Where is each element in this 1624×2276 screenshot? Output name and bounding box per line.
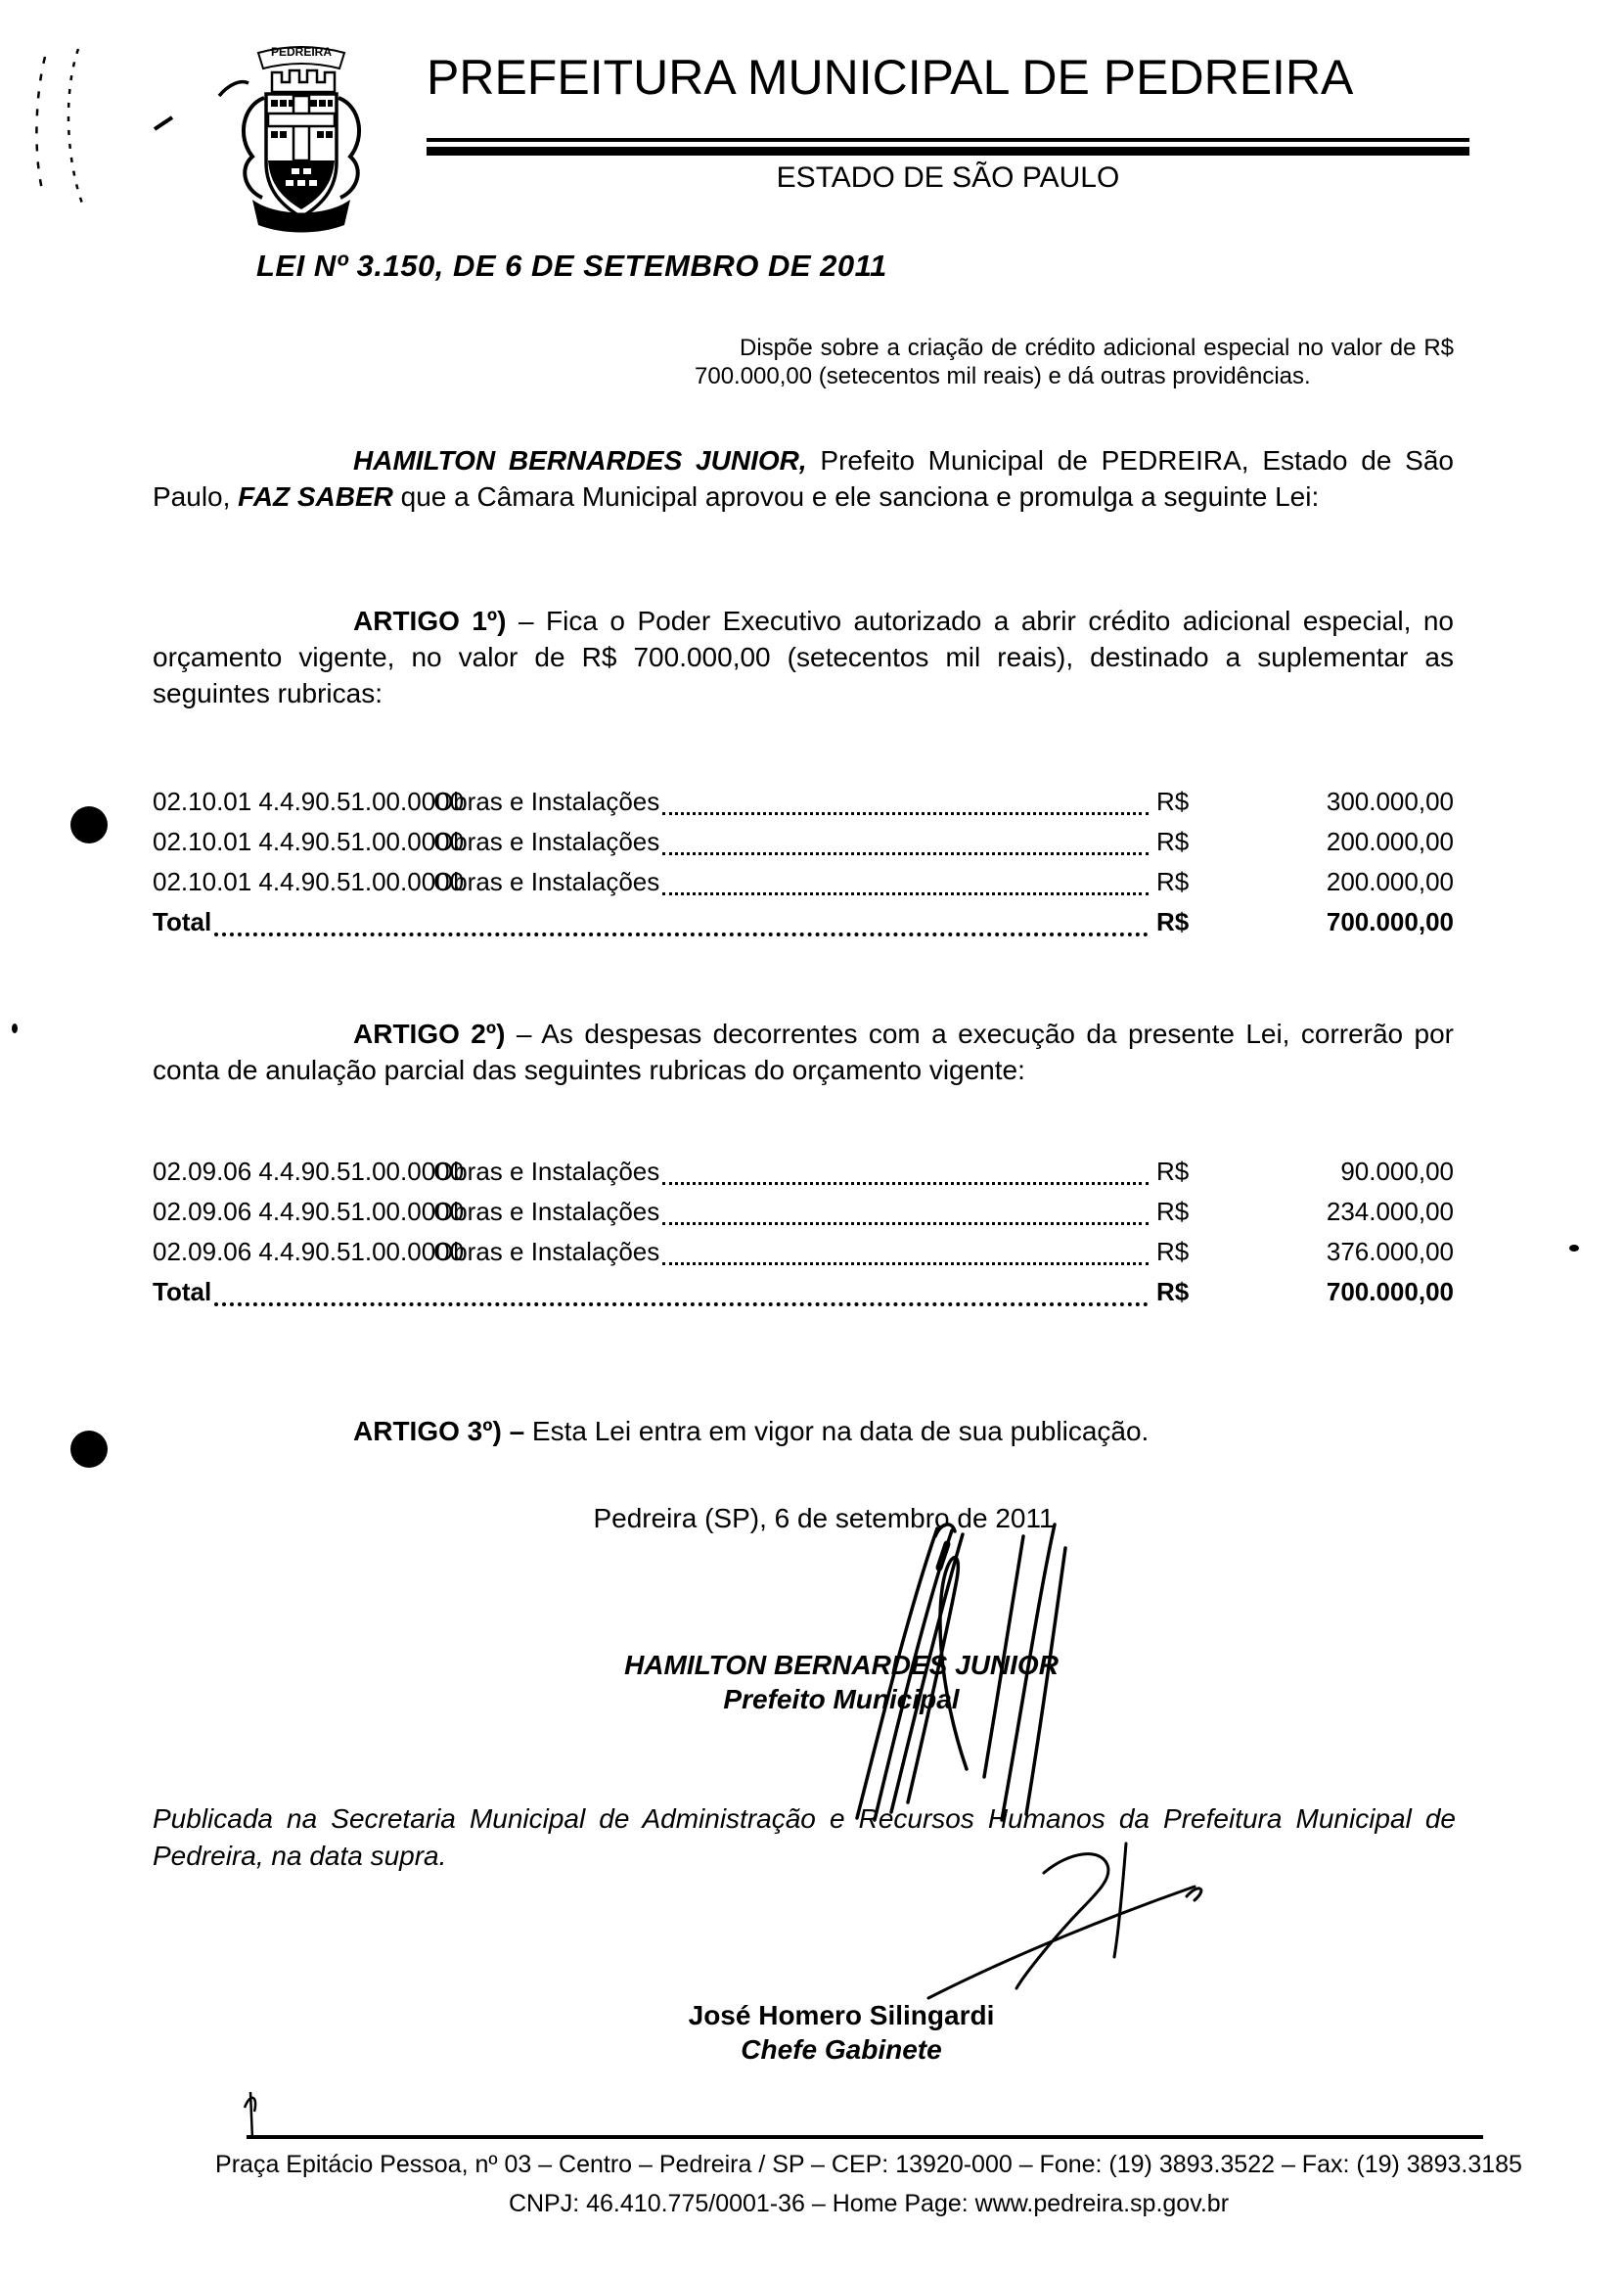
budget-description: Obras e Instalações [433,825,659,865]
crest-banner-text: PEDREIRA [271,45,332,59]
article-2-text: – As despesas decorrentes com a execução… [153,1019,1454,1085]
dot-leader [662,1222,1149,1225]
mayor-signature-block: HAMILTON BERNARDES JUNIOR Prefeito Munic… [196,1648,1487,1716]
budget-amount: 300.000,00 [1227,785,1454,825]
law-preamble: HAMILTON BERNARDES JUNIOR, Prefeito Muni… [153,442,1454,515]
municipal-crest: PEDREIRA [215,41,387,233]
article-3-label: ARTIGO 3º) – [353,1416,524,1446]
total-label: Total [153,905,211,945]
faz-saber-phrase: FAZ SABER [238,481,393,512]
dot-leader [214,1302,1149,1306]
budget-code: 02.10.01 4.4.90.51.00.0000 [153,825,433,865]
table-row: 02.09.06 4.4.90.51.00.0000 Obras e Insta… [153,1155,1454,1195]
budget-description: Obras e Instalações [433,785,659,825]
budget-description: Obras e Instalações [433,1235,659,1275]
header-rule-thin [427,138,1469,142]
currency-symbol: R$ [1156,1235,1227,1275]
article-1-label: ARTIGO 1º) [353,606,507,636]
budget-code: 02.10.01 4.4.90.51.00.0000 [153,785,433,825]
state-name: ESTADO DE SÃO PAULO [427,161,1469,195]
pen-mark [239,2086,268,2141]
table-total-row: Total R$ 700.000,00 [153,905,1454,945]
hole-punch-mark [70,1431,108,1468]
publication-note: Publicada na Secretaria Municipal de Adm… [153,1800,1456,1875]
article-2: ARTIGO 2º) – As despesas decorrentes com… [153,1016,1454,1088]
total-amount: 700.000,00 [1227,1275,1454,1315]
budget-description: Obras e Instalações [433,1195,659,1235]
mayor-role: Prefeito Municipal [196,1682,1487,1716]
table-row: 02.10.01 4.4.90.51.00.0000 Obras e Insta… [153,785,1454,825]
total-label: Total [153,1275,211,1315]
article-3: ARTIGO 3º) – Esta Lei entra em vigor na … [153,1413,1454,1449]
budget-code: 02.09.06 4.4.90.51.00.0000 [153,1195,433,1235]
currency-symbol: R$ [1156,785,1227,825]
article-3-text: Esta Lei entra em vigor na data de sua p… [524,1416,1149,1446]
budget-table-2: 02.09.06 4.4.90.51.00.0000 Obras e Insta… [153,1155,1454,1315]
scan-speck [12,1024,18,1033]
scanned-law-document: PEDREIRA PREFEITURA MUNICIPAL DE PEDREIR… [0,0,1624,2276]
budget-code: 02.09.06 4.4.90.51.00.0000 [153,1155,433,1195]
currency-symbol: R$ [1156,1195,1227,1235]
law-summary: Dispõe sobre a criação de crédito adicio… [695,334,1454,390]
budget-table-1: 02.10.01 4.4.90.51.00.0000 Obras e Insta… [153,785,1454,945]
hole-punch-mark [70,806,108,843]
article-1: ARTIGO 1º) – Fica o Poder Executivo auto… [153,603,1454,711]
budget-amount: 376.000,00 [1227,1235,1454,1275]
chief-of-staff-signature [895,1838,1223,2006]
table-row: 02.09.06 4.4.90.51.00.0000 Obras e Insta… [153,1195,1454,1235]
table-row: 02.10.01 4.4.90.51.00.0000 Obras e Insta… [153,825,1454,865]
budget-amount: 200.000,00 [1227,865,1454,905]
currency-symbol: R$ [1156,825,1227,865]
budget-code: 02.09.06 4.4.90.51.00.0000 [153,1235,433,1275]
mayor-name: HAMILTON BERNARDES JUNIOR [196,1648,1487,1682]
budget-amount: 90.000,00 [1227,1155,1454,1195]
table-row: 02.09.06 4.4.90.51.00.0000 Obras e Insta… [153,1235,1454,1275]
table-row: 02.10.01 4.4.90.51.00.0000 Obras e Insta… [153,865,1454,905]
budget-amount: 234.000,00 [1227,1195,1454,1235]
footer-cnpj-homepage: CNPJ: 46.410.775/0001-36 – Home Page: ww… [211,2184,1526,2223]
chief-of-staff-role: Chefe Gabinete [196,2032,1487,2067]
preamble-text-rest: que a Câmara Municipal aprovou e ele san… [393,481,1319,512]
currency-symbol: R$ [1156,865,1227,905]
dot-leader [214,933,1149,936]
chief-of-staff-name: José Homero Silingardi [196,1998,1487,2032]
budget-description: Obras e Instalações [433,865,659,905]
total-amount: 700.000,00 [1227,905,1454,945]
currency-symbol: R$ [1156,1275,1227,1315]
footer-address: Praça Epitácio Pessoa, nº 03 – Centro – … [211,2145,1526,2184]
dot-leader [662,852,1149,855]
currency-symbol: R$ [1156,1155,1227,1195]
mayor-name-inline: HAMILTON BERNARDES JUNIOR, [353,445,807,476]
budget-code: 02.10.01 4.4.90.51.00.0000 [153,865,433,905]
article-2-label: ARTIGO 2º) [353,1019,505,1049]
dot-leader [662,812,1149,815]
footer: Praça Epitácio Pessoa, nº 03 – Centro – … [211,2145,1526,2223]
scan-speck [1569,1245,1579,1252]
law-title: LEI Nº 3.150, DE 6 DE SETEMBRO DE 2011 [256,249,887,284]
table-total-row: Total R$ 700.000,00 [153,1275,1454,1315]
organization-name: PREFEITURA MUNICIPAL DE PEDREIRA [427,49,1353,106]
currency-symbol: R$ [1156,905,1227,945]
footer-rule [247,2135,1483,2139]
dot-leader [662,1182,1149,1185]
header-rule-thick [427,147,1469,156]
dot-leader [662,892,1149,895]
budget-description: Obras e Instalações [433,1155,659,1195]
dot-leader [662,1262,1149,1265]
article-1-text: – Fica o Poder Executivo autorizado a ab… [153,606,1454,708]
budget-amount: 200.000,00 [1227,825,1454,865]
chief-of-staff-block: José Homero Silingardi Chefe Gabinete [196,1998,1487,2067]
